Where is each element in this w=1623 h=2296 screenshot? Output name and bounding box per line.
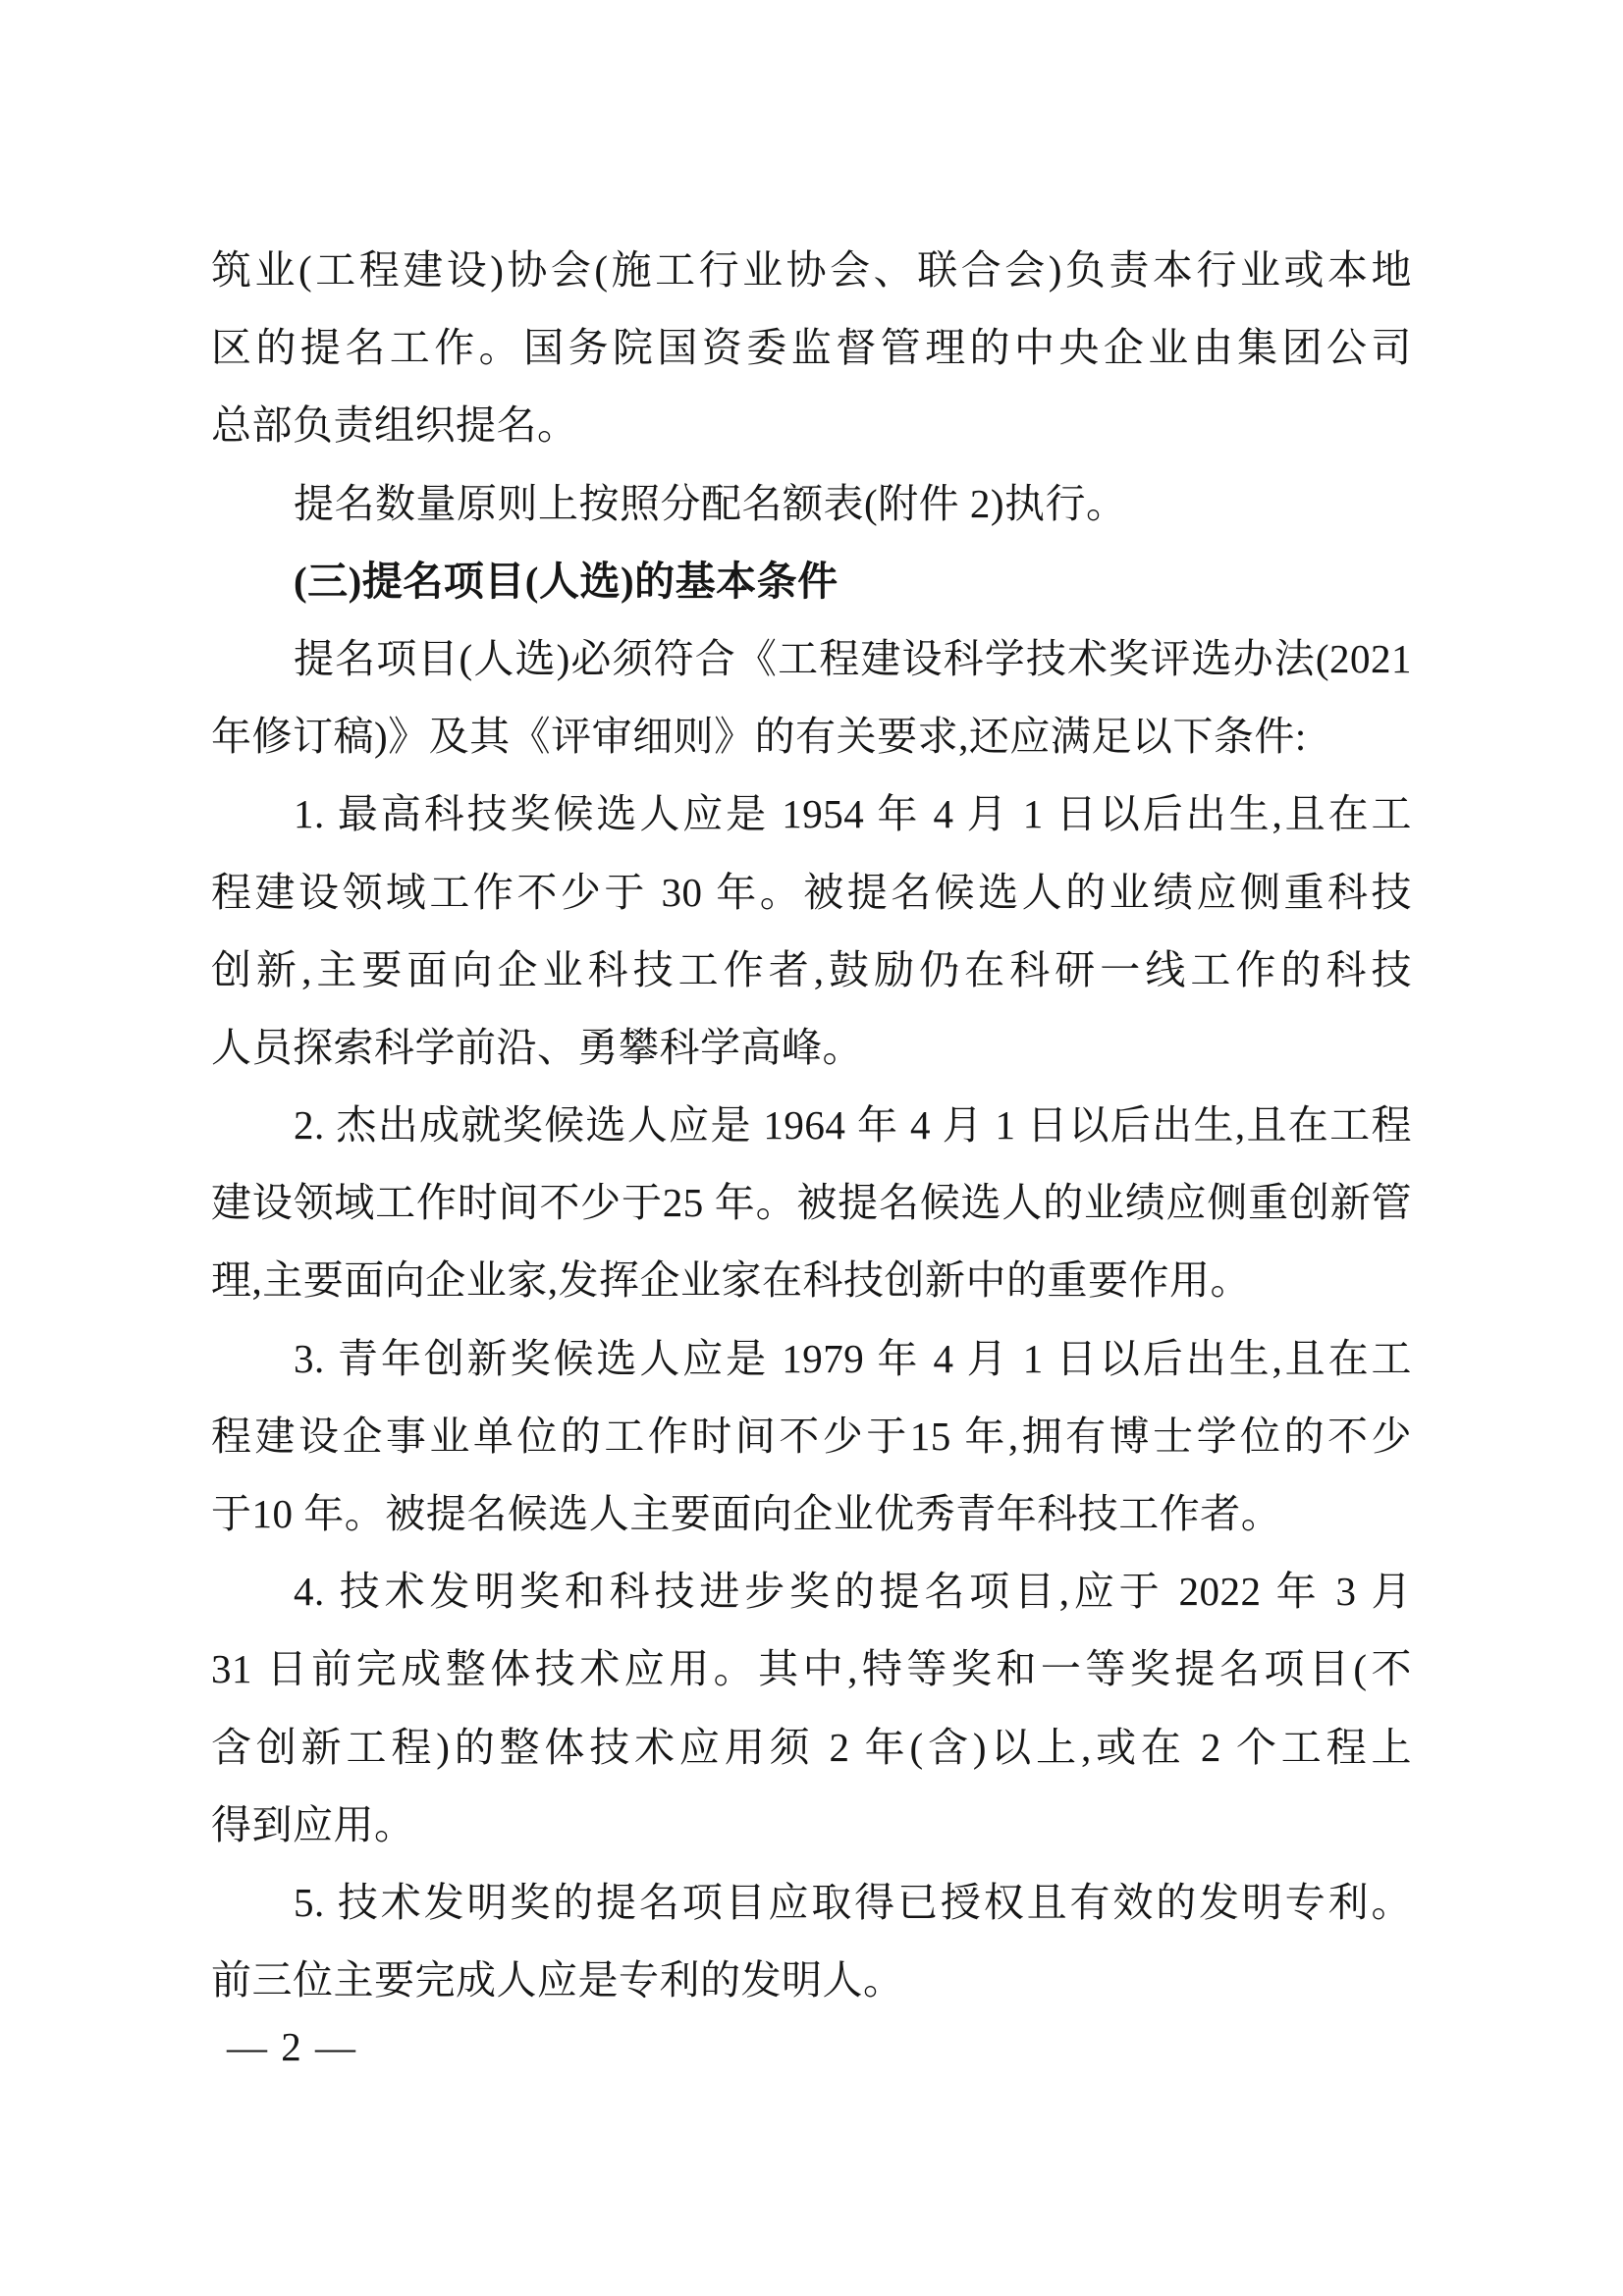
document-line: 年修订稿)》及其《评审细则》的有关要求,还应满足以下条件: [211, 698, 1412, 775]
document-line: 程建设领域工作不少于 30 年。被提名候选人的业绩应侧重科技 [211, 854, 1412, 932]
section-heading: (三)提名项目(人选)的基本条件 [211, 543, 1412, 620]
document-page: 筑业(工程建设)协会(施工行业协会、联合会)负责本行业或本地 区的提名工作。国务… [0, 0, 1623, 2296]
document-line: 程建设企事业单位的工作时间不少于15 年,拥有博士学位的不少 [211, 1398, 1412, 1475]
document-line: 创新,主要面向企业科技工作者,鼓励仍在科研一线工作的科技 [211, 932, 1412, 1009]
document-line: 4. 技术发明奖和科技进步奖的提名项目,应于 2022 年 3 月 [211, 1553, 1412, 1630]
document-line: 前三位主要完成人应是专利的发明人。 [211, 1942, 1412, 2019]
document-line: 得到应用。 [211, 1787, 1412, 1864]
document-line: 于10 年。被提名候选人主要面向企业优秀青年科技工作者。 [211, 1475, 1412, 1553]
document-line: 31 日前完成整体技术应用。其中,特等奖和一等奖提名项目(不 [211, 1630, 1412, 1708]
document-line: 筑业(工程建设)协会(施工行业协会、联合会)负责本行业或本地 [211, 232, 1412, 309]
document-line: 建设领域工作时间不少于25 年。被提名候选人的业绩应侧重创新管 [211, 1164, 1412, 1242]
document-body: 筑业(工程建设)协会(施工行业协会、联合会)负责本行业或本地 区的提名工作。国务… [211, 232, 1412, 2019]
document-line: 区的提名工作。国务院国资委监督管理的中央企业由集团公司 [211, 309, 1412, 387]
document-line: 总部负责组织提名。 [211, 387, 1412, 464]
document-line: 5. 技术发明奖的提名项目应取得已授权且有效的发明专利。 [211, 1864, 1412, 1942]
document-line: 含创新工程)的整体技术应用须 2 年(含)以上,或在 2 个工程上 [211, 1709, 1412, 1787]
page-number: — 2 — [227, 2020, 357, 2073]
document-line: 提名项目(人选)必须符合《工程建设科学技术奖评选办法(2021 [211, 620, 1412, 698]
document-line: 2. 杰出成就奖候选人应是 1964 年 4 月 1 日以后出生,且在工程 [211, 1087, 1412, 1164]
document-line: 提名数量原则上按照分配名额表(附件 2)执行。 [211, 465, 1412, 543]
document-line: 人员探索科学前沿、勇攀科学高峰。 [211, 1009, 1412, 1087]
document-line: 3. 青年创新奖候选人应是 1979 年 4 月 1 日以后出生,且在工 [211, 1320, 1412, 1398]
document-line: 理,主要面向企业家,发挥企业家在科技创新中的重要作用。 [211, 1242, 1412, 1319]
document-line: 1. 最高科技奖候选人应是 1954 年 4 月 1 日以后出生,且在工 [211, 775, 1412, 853]
